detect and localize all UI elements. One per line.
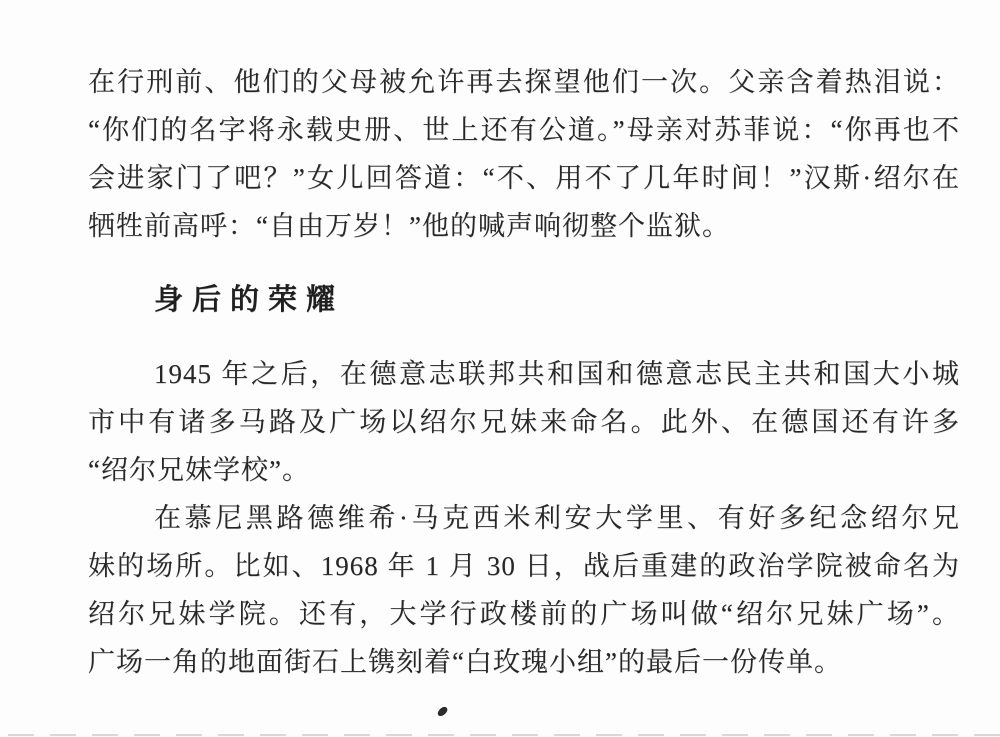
scan-edge-artifact <box>8 734 1000 736</box>
text-line: 1945 年之后，在德意志联邦共和国和德意志民主共和国大小城 <box>88 350 960 398</box>
ink-smudge <box>436 705 449 717</box>
paragraph-execution: 在行刑前、他们的父母被允许再去探望他们一次。父亲含着热泪说： “你们的名字将永载… <box>88 58 960 250</box>
paragraph-posthumous-honors: 1945 年之后，在德意志联邦共和国和德意志民主共和国大小城 市中有诸多马路及广… <box>88 350 960 494</box>
text-line: 市中有诸多马路及广场以绍尔兄妹来命名。此外、在德国还有许多 <box>88 398 960 446</box>
section-heading: 身后的荣耀 <box>154 276 960 324</box>
text-line: 牺牲前高呼：“自由万岁！”他的喊声响彻整个监狱。 <box>88 202 960 250</box>
paragraph-university-memorials: 在慕尼黑路德维希·马克西米利安大学里、有好多纪念绍尔兄 妹的场所。比如、1968… <box>88 494 960 686</box>
text-column: 在行刑前、他们的父母被允许再去探望他们一次。父亲含着热泪说： “你们的名字将永载… <box>88 58 960 686</box>
text-line: 在慕尼黑路德维希·马克西米利安大学里、有好多纪念绍尔兄 <box>88 494 960 542</box>
text-line: “绍尔兄妹学校”。 <box>88 446 960 494</box>
text-line: “你们的名字将永载史册、世上还有公道。”母亲对苏菲说：“你再也不 <box>88 106 960 154</box>
text-line: 在行刑前、他们的父母被允许再去探望他们一次。父亲含着热泪说： <box>88 58 960 106</box>
text-line: 会进家门了吧？”女儿回答道：“不、用不了几年时间！”汉斯·绍尔在 <box>88 154 960 202</box>
scanned-page: 在行刑前、他们的父母被允许再去探望他们一次。父亲含着热泪说： “你们的名字将永载… <box>0 0 1000 737</box>
text-line: 绍尔兄妹学院。还有，大学行政楼前的广场叫做“绍尔兄妹广场”。 <box>88 590 960 638</box>
text-line: 妹的场所。比如、1968 年 1 月 30 日，战后重建的政治学院被命名为 <box>88 542 960 590</box>
text-line: 广场一角的地面街石上镌刻着“白玫瑰小组”的最后一份传单。 <box>88 638 960 686</box>
